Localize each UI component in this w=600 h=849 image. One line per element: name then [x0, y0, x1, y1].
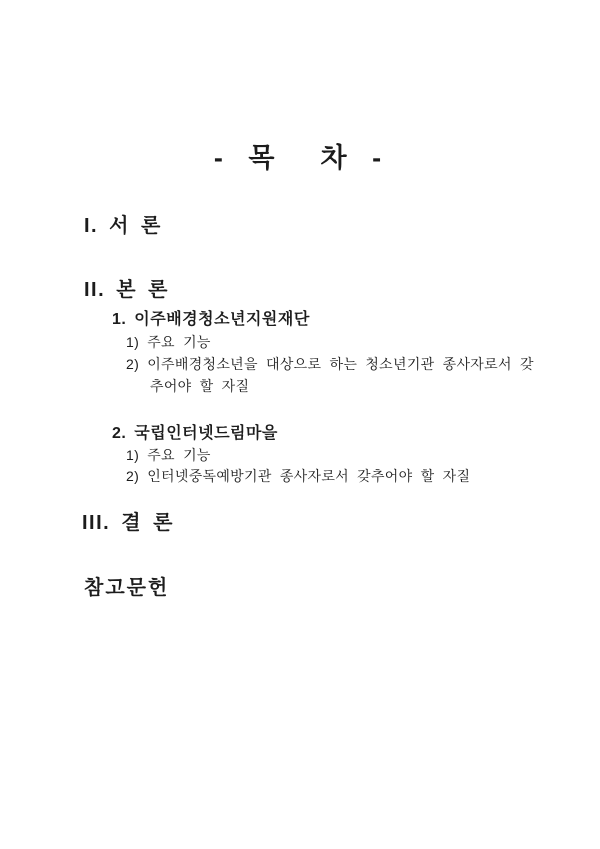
toc-subitem-internet-addiction-qualities: 2) 인터넷중독예방기관 종사자로서 갖추어야 할 자질 [126, 466, 470, 486]
toc-item-migrant-youth-foundation: 1. 이주배경청소년지원재단 [112, 306, 310, 329]
toc-section-body: II. 본 론 [84, 273, 169, 302]
toc-page: - 목 차 - I. 서 론 II. 본 론 1. 이주배경청소년지원재단 1)… [0, 0, 600, 849]
toc-subitem-qualities-line1: 2) 이주배경청소년을 대상으로 하는 청소년기관 종사자로서 갖 [126, 354, 534, 374]
toc-section-conclusion: III. 결 론 [82, 506, 174, 535]
toc-section-introduction: I. 서 론 [84, 209, 162, 238]
toc-item-national-internet-dream-village: 2. 국립인터넷드림마을 [112, 420, 278, 443]
toc-section-references: 참고문헌 [84, 571, 169, 600]
toc-subitem-qualities-line2: 추어야 할 자질 [150, 376, 249, 396]
toc-subitem-main-functions-2: 1) 주요 기능 [126, 445, 211, 465]
page-title: - 목 차 - [0, 136, 600, 175]
toc-subitem-main-functions-1: 1) 주요 기능 [126, 332, 211, 352]
